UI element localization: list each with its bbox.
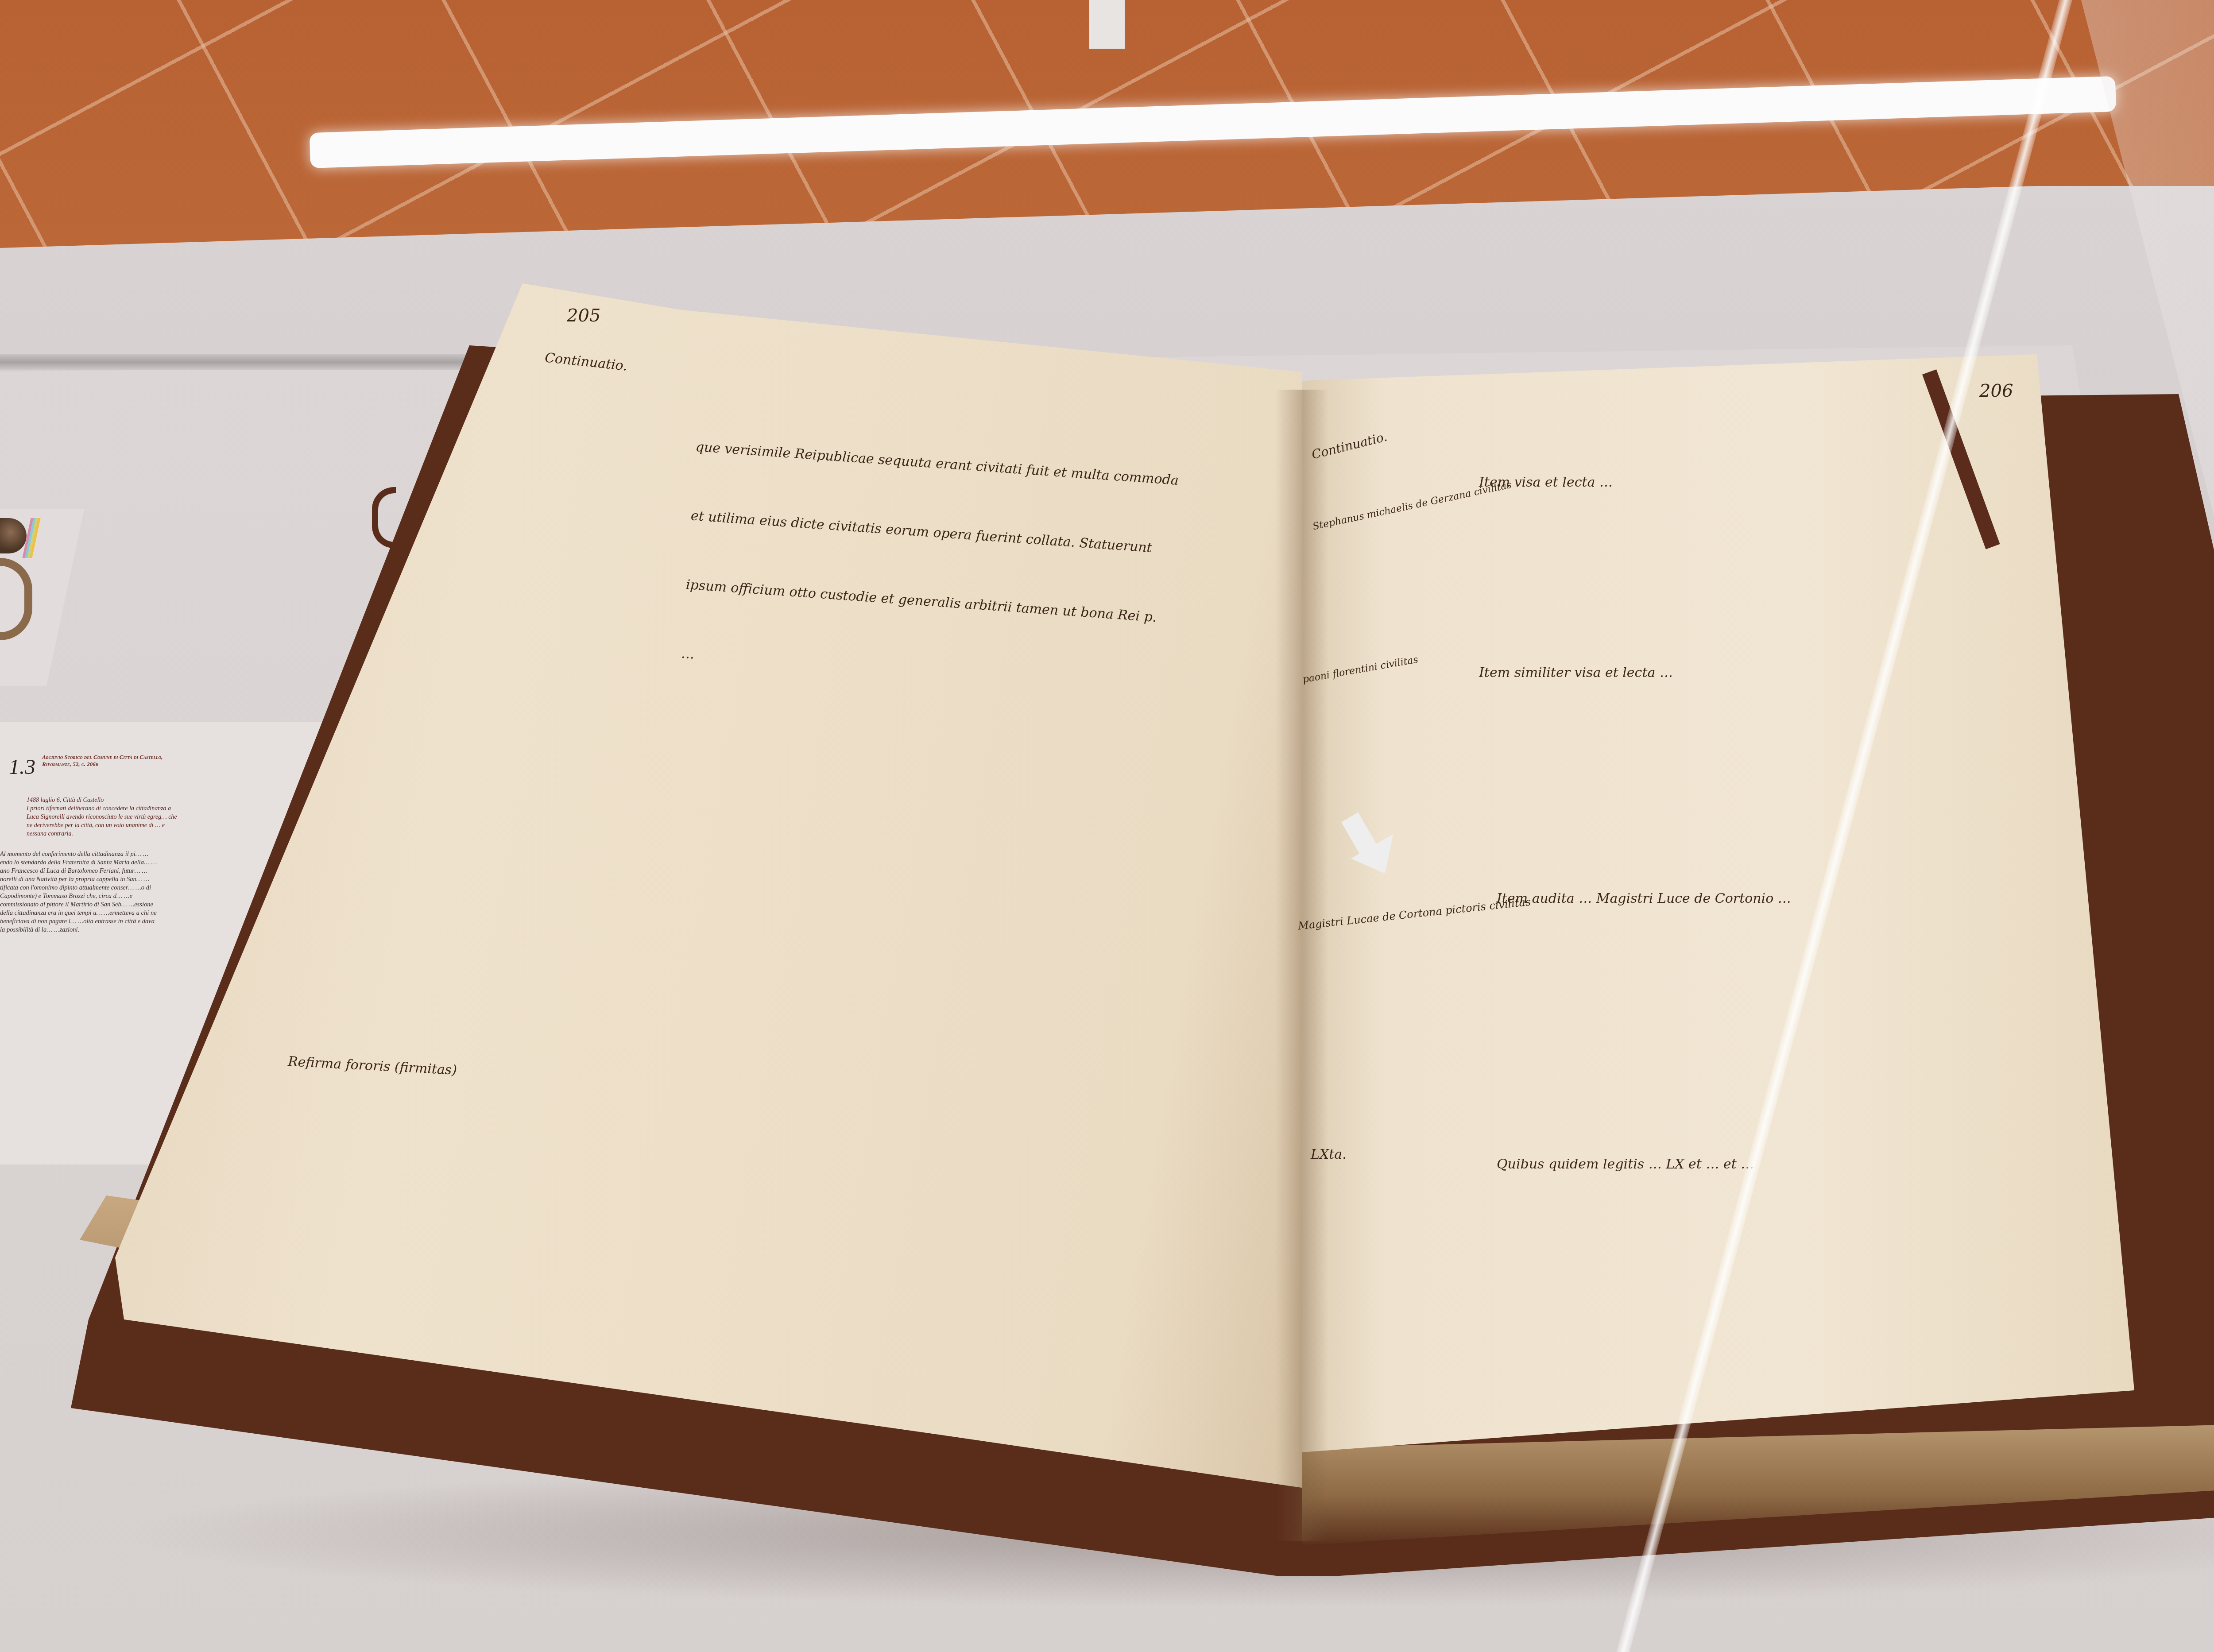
right-page-text: Quibus quidem legitis … LX et … et … <box>1497 1107 1758 1199</box>
right-page-text: Item visa et lecta … <box>1479 425 1613 517</box>
label-archive-reference: Archivio Storico del Comune di Città di … <box>42 754 163 768</box>
text-line: … <box>680 642 1165 699</box>
text-line: ipsum officium otto custodie et generali… <box>685 573 1169 630</box>
text-line: que verisimile Reipublicae sequuta erant… <box>695 436 1179 492</box>
left-folio-mark: 205 <box>567 306 600 326</box>
label-number: 1.3 <box>9 755 35 779</box>
label-date-summary: 1488 luglio 6, Città di Castello I prior… <box>27 796 177 838</box>
paragraph-opening: Quibus quidem legitis … LX et … et … <box>1497 1153 1758 1176</box>
label-body: Al momento del conferimento della cittad… <box>0 850 159 934</box>
left-page-text: que verisimile Reipublicae sequuta erant… <box>679 390 1183 722</box>
label-summary: I priori tifernati deliberano di concede… <box>27 805 177 838</box>
label-archive-line1: Archivio Storico del Comune di Città di … <box>42 754 163 761</box>
right-folio-number: 206 <box>1979 381 2013 401</box>
label-archive-line2: Riformanze, 52, c. 206r <box>42 761 163 768</box>
margin-note-lx: LXta. <box>1311 1147 1347 1162</box>
book-gutter <box>1275 390 1328 1541</box>
case-rail <box>0 354 478 370</box>
text-line: et utilima eius dicte civitatis eorum op… <box>690 504 1174 561</box>
right-page-text: Item similiter visa et lecta … <box>1479 615 1673 708</box>
label-date-place: 1488 luglio 6, Città di Castello <box>27 796 177 805</box>
paragraph-opening: Item visa et lecta … <box>1479 471 1613 494</box>
paragraph-opening: Item audita … Magistri Luce de Cortonio … <box>1497 887 1791 910</box>
paragraph-opening: Item similiter visa et lecta … <box>1479 662 1673 685</box>
right-page-text: Item audita … Magistri Luce de Cortonio … <box>1497 841 1791 933</box>
display-leg <box>1089 0 1125 49</box>
